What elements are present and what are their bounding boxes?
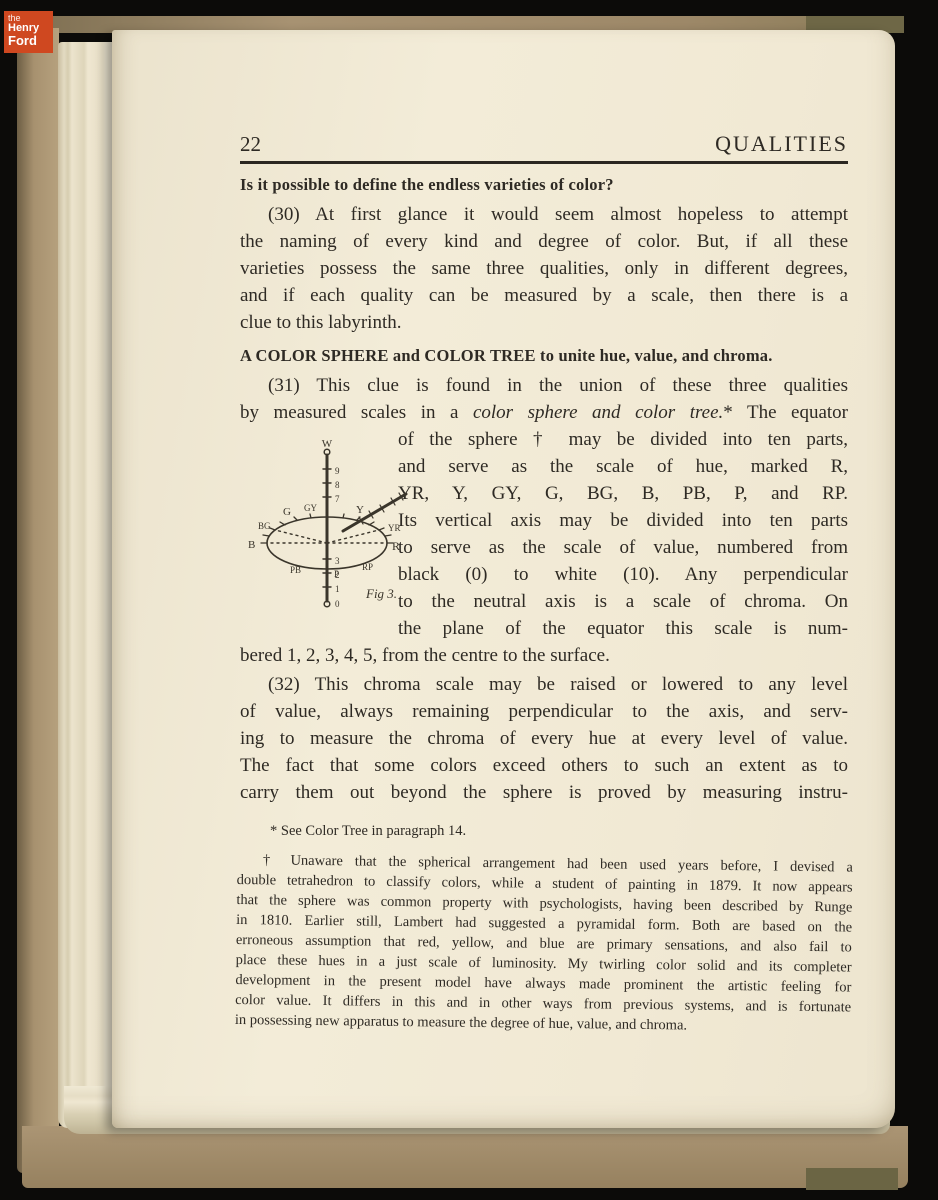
page-number: 22 (240, 131, 261, 158)
logo-text-ford: Ford (8, 34, 53, 48)
running-head: QUALITIES (715, 130, 848, 157)
figure-hue-label: PB (290, 565, 301, 575)
italic-phrase: color sphere and color tree. (473, 402, 723, 423)
text-line: clue to this labyrinth. (240, 309, 848, 336)
figure-axis-number: 1 (335, 584, 340, 594)
text-line: the naming of every kind and degree of c… (240, 228, 848, 255)
figure-axis-number: 8 (335, 480, 340, 490)
text-line: varieties possess the same three qualiti… (240, 255, 848, 282)
figure-axis-number: 9 (335, 466, 340, 476)
figure-caption: Fig 3. (365, 586, 397, 601)
color-sphere-diagram: W 9 8 7 3 2 1 0 B BG G GY Y YR R (240, 438, 412, 616)
book-scan: 22 QUALITIES Is it possible to define th… (0, 0, 938, 1200)
page-stack-left-edges (58, 42, 116, 1128)
footnote-star: * See Color Tree in paragraph 14. (270, 822, 848, 840)
text-line: and serve as the scale of hue, marked R, (398, 453, 848, 480)
figure-hue-label: GY (304, 503, 317, 513)
figure-wrap-section: W 9 8 7 3 2 1 0 B BG G GY Y YR R (240, 426, 848, 642)
text-line: (31) This clue is found in the union of … (240, 372, 848, 399)
text-line: The fact that some colors exceed others … (240, 752, 848, 779)
book-cover-bottom-edge (22, 1126, 908, 1188)
text-line: ing to measure the chroma of every hue a… (240, 725, 848, 752)
text-line: (32) This chroma scale may be raised or … (240, 671, 848, 698)
figure-3: W 9 8 7 3 2 1 0 B BG G GY Y YR R (240, 438, 412, 616)
text-line: (30) At first glance it would seem almos… (240, 201, 848, 228)
figure-label-white: W (322, 438, 333, 450)
text-line: and if each quality can be measured by a… (240, 282, 848, 309)
figure-hue-label: P (334, 569, 339, 579)
question-line: Is it possible to define the endless var… (240, 174, 848, 196)
text-line: bered 1, 2, 3, 4, 5, from the centre to … (240, 642, 848, 669)
text-line: to the neutral axis is a scale of chroma… (398, 588, 848, 615)
logo-text-the: the (8, 14, 53, 23)
text-run: * The equator (723, 402, 848, 423)
figure-hue-label: Y (356, 504, 364, 516)
text-line: YR, Y, GY, G, BG, B, PB, P, and RP. (398, 480, 848, 507)
figure-hue-label: B (248, 539, 255, 551)
figure-hue-label: G (283, 506, 291, 518)
text-line: to serve as the scale of value, numbered… (398, 534, 848, 561)
text-line: carry them out beyond the sphere is prov… (240, 779, 848, 806)
book-page: 22 QUALITIES Is it possible to define th… (112, 30, 895, 1128)
paragraph-31-intro: (31) This clue is found in the union of … (240, 372, 848, 426)
footnote-dagger: † Unaware that the spherical arrangement… (235, 850, 853, 1038)
figure-axis-number: 0 (335, 599, 340, 609)
text-line: of value, always remaining perpendicular… (240, 698, 848, 725)
text-line: of the sphere † may be divided into ten … (398, 426, 848, 453)
text-run: by measured scales in a (240, 402, 473, 423)
text-line: black (0) to white (10). Any perpendicul… (398, 561, 848, 588)
figure-hue-label: BG (258, 521, 271, 531)
book-cover-left-edge (17, 28, 59, 1173)
page-header: 22 QUALITIES (240, 130, 848, 164)
henry-ford-logo: the Henry Ford (4, 11, 53, 53)
paragraph-30: (30) At first glance it would seem almos… (240, 201, 848, 336)
section-heading: A COLOR SPHERE and COLOR TREE to unite h… (240, 345, 848, 367)
figure-hue-label: R (392, 539, 400, 553)
figure-axis-number: 3 (335, 556, 340, 566)
text-line: the plane of the equator this scale is n… (398, 615, 848, 642)
figure-hue-label: YR (388, 523, 401, 533)
page-text-block: 22 QUALITIES Is it possible to define th… (240, 130, 848, 1030)
text-line: by measured scales in a color sphere and… (240, 399, 848, 426)
figure-hue-label: RP (362, 562, 373, 572)
book-cover-bottom-accent (806, 1168, 898, 1190)
text-line: Its vertical axis may be divided into te… (398, 507, 848, 534)
figure-axis-number: 7 (335, 494, 340, 504)
paragraph-32: (32) This chroma scale may be raised or … (240, 671, 848, 806)
